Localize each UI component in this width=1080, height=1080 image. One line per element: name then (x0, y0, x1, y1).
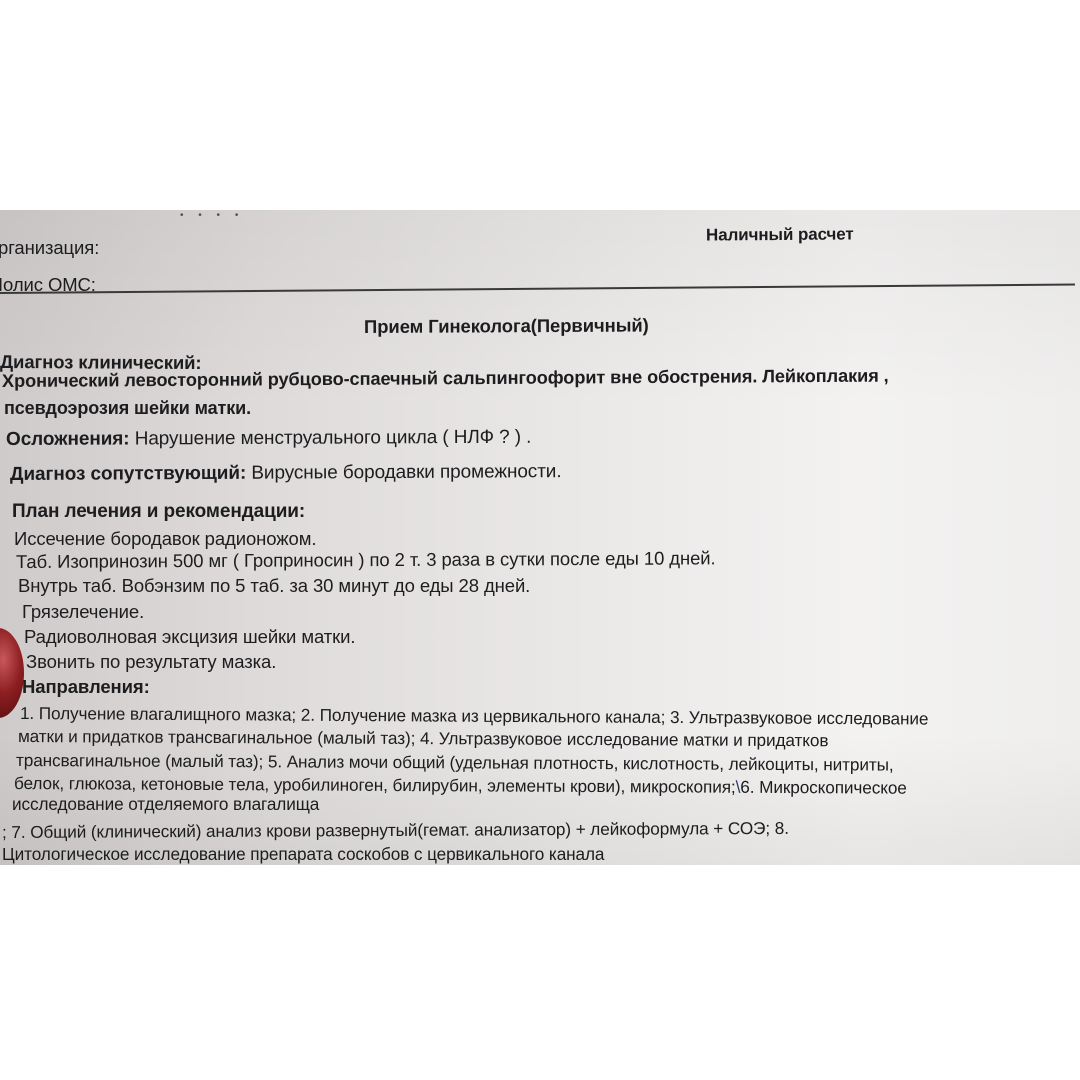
treatment-item: Внутрь таб. Вобэнзим по 5 таб. за 30 мин… (18, 575, 530, 597)
referral-line: трансвагинальное (малый таз); 5. Анализ … (16, 750, 894, 776)
treatment-item: Таб. Изопринозин 500 мг ( Гроприносин ) … (16, 547, 716, 573)
referral-line-4-tail: 6. Микроскопическое (740, 777, 907, 798)
organization-label: рганизация: (0, 237, 99, 259)
referral-line: ; 7. Общий (клинический) анализ крови ра… (2, 818, 789, 843)
diagnosis-concomitant-label: Диагноз сопутствующий: (10, 463, 246, 485)
treatment-plan-label: План лечения и рекомендации: (12, 501, 305, 523)
diagnosis-clinical-line2: псевдоэрозия шейки матки. (4, 398, 251, 419)
complications-value: Нарушение менструального цикла ( НЛФ ? )… (129, 427, 531, 450)
complications-row: Осложнения: Нарушение менструального цик… (6, 427, 531, 451)
page-title: Прием Гинеколога(Первичный) (364, 315, 649, 338)
payment-type: Наличный расчет (706, 224, 854, 245)
treatment-item: Радиоволновая эксцизия шейки матки. (24, 626, 355, 648)
treatment-item: Иссечение бородавок радионожом. (14, 528, 316, 550)
document-photo: • • • • рганизация: Наличный расчет Іоли… (0, 210, 1080, 865)
complications-label: Осложнения: (6, 428, 130, 450)
scan-artifacts: • • • • (180, 210, 244, 221)
referral-line: матки и придатков трансвагинальное (малы… (18, 726, 829, 751)
header-divider (0, 284, 1075, 294)
referral-line: Цитологическое исследование препарата со… (2, 844, 604, 865)
treatment-item: Грязелечение. (22, 601, 144, 623)
treatment-item: Звонить по результату мазка. (26, 651, 276, 673)
diagnosis-concomitant-row: Диагноз сопутствующий: Вирусные бородавк… (10, 461, 562, 486)
referrals-label: Направления: (22, 676, 150, 698)
referral-line: исследование отделяемого влагалища (12, 794, 319, 815)
referral-line: 1. Получение влагалищного мазка; 2. Полу… (20, 703, 929, 730)
diagnosis-concomitant-value: Вирусные бородавки промежности. (246, 461, 561, 484)
diagnosis-clinical-line1: Хронический левосторонний рубцово-спаечн… (2, 366, 889, 392)
